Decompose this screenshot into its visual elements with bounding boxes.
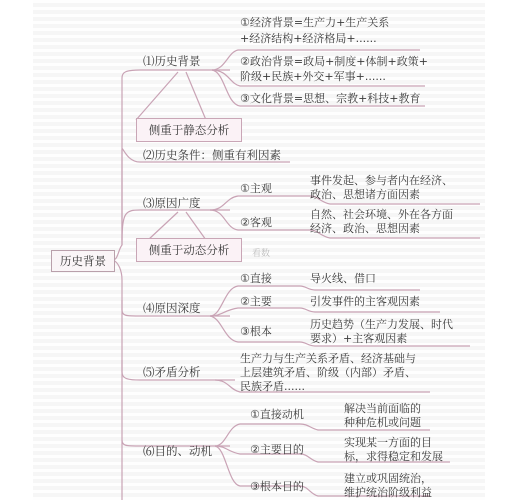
fundamental-purpose-label: ③根本目的 [250, 480, 304, 493]
branch-historical-conditions: ⑵历史条件：侧重有利因素 [143, 149, 281, 162]
fundamental-purpose-line1: 建立或巩固统治， [344, 472, 432, 485]
branch-historical-background: ⑴历史背景 [143, 55, 201, 68]
main-purpose-label: ②主要目的 [250, 443, 304, 456]
subjective-desc-line2: 政治、思想诸方面因素 [310, 188, 420, 201]
contradiction-line3: 民族矛盾...... [240, 380, 305, 393]
note-dynamic-analysis: 侧重于动态分析 [136, 238, 242, 262]
root-node: 历史背景 [51, 250, 115, 272]
political-background-line1: ②政治背景=政局+制度+体制+政策+ [240, 55, 428, 68]
political-background-line2: 阶级+民族+外交+军事+...... [240, 70, 386, 83]
objective-desc-line1: 自然、社会环境、外在各方面 [310, 208, 453, 221]
fundamental-label: ③根本 [240, 325, 272, 338]
main-purpose-line1: 实现某一方面的目 [344, 436, 432, 449]
branch-contradiction-analysis: ⑸矛盾分析 [143, 366, 201, 379]
branch-purpose-motive: ⑹目的、动机 [143, 445, 212, 458]
fundamental-desc-line2: 要求）+主客观因素 [310, 332, 407, 345]
direct-label: ①直接 [240, 272, 272, 285]
main-purpose-line2: 标，求得稳定和发展 [344, 450, 443, 463]
economic-background-line2: +经济结构+经济格局+...... [240, 32, 377, 45]
direct-desc: 导火线、借口 [310, 272, 376, 285]
contradiction-line1: 生产力与生产关系矛盾、经济基础与 [240, 352, 416, 365]
fundamental-desc-line1: 历史趋势（生产力发展、时代 [310, 318, 453, 331]
cultural-background: ③文化背景=思想、宗教+科技+教育 [240, 92, 421, 105]
branch-cause-breadth: ⑶原因广度 [143, 197, 201, 210]
main-desc: 引发事件的主客观因素 [310, 295, 420, 308]
direct-motive-line2: 种种危机或问题 [344, 416, 421, 429]
subjective-label: ①主观 [240, 182, 272, 195]
objective-label: ②客观 [240, 216, 272, 229]
objective-desc-line2: 经济、政治、思想因素 [310, 222, 420, 235]
branch-cause-depth: ⑷原因深度 [143, 302, 201, 315]
economic-background-line1: ①经济背景=生产力+生产关系 [240, 16, 389, 29]
direct-motive-line1: 解决当前面临的 [344, 402, 421, 415]
direct-motive-label: ①直接动机 [250, 408, 304, 421]
subjective-desc-line1: 事件发起、参与者内在经济、 [310, 174, 453, 187]
contradiction-line2: 上层建筑矛盾、阶级（内部）矛盾、 [240, 366, 416, 379]
fundamental-purpose-line2: 维护统治阶级利益 [344, 486, 432, 499]
watermark: 看数 [252, 246, 270, 259]
note-static-analysis: 侧重于静态分析 [136, 118, 242, 142]
main-label: ②主要 [240, 295, 272, 308]
